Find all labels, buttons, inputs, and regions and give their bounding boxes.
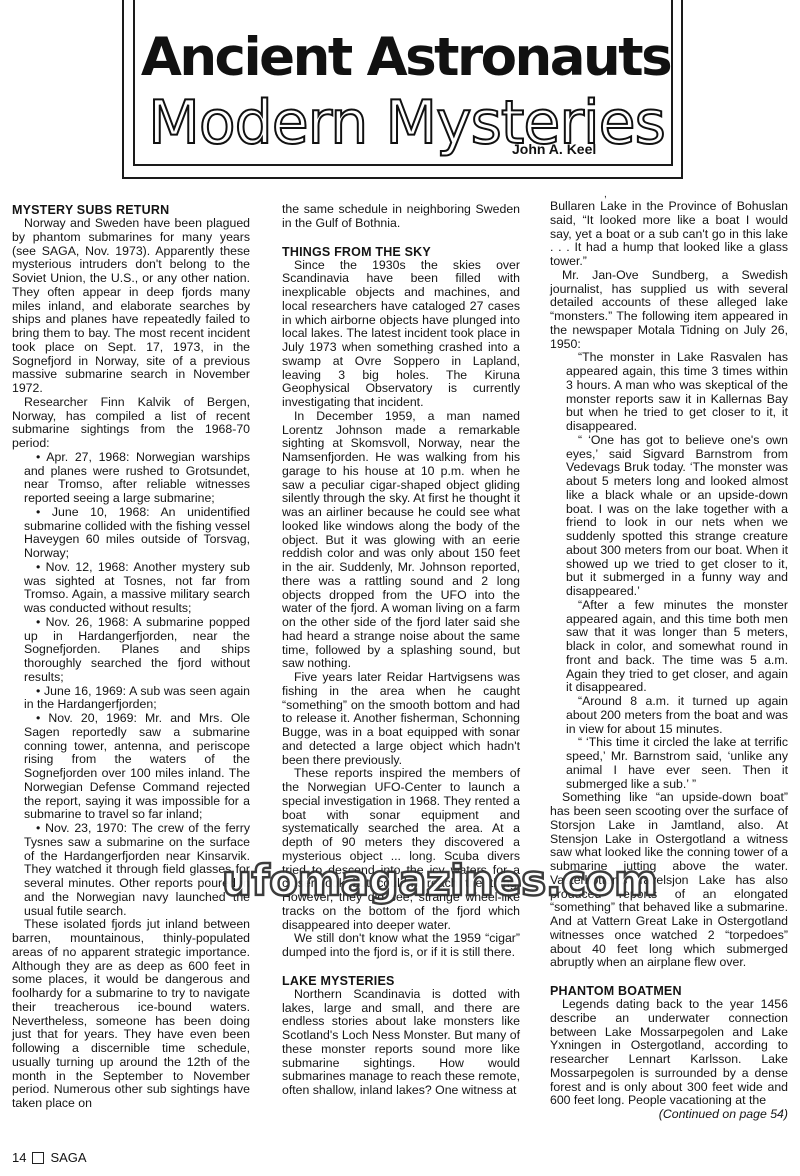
section-heading-mystery-subs: MYSTERY SUBS RETURN	[12, 203, 250, 217]
sighting-list-item: • Nov. 26, 1968: A submarine popped up i…	[12, 616, 250, 685]
paragraph: Researcher Finn Kalvik of Bergen, Norway…	[12, 396, 250, 451]
quoted-paragraph: “ ‘This time it circled the lake at terr…	[550, 736, 788, 791]
sighting-list-item: • Nov. 12, 1968: Another mystery sub was…	[12, 561, 250, 616]
article-title-line1: Ancient Astronauts	[138, 28, 673, 88]
watermark: ufomagazines.com	[222, 856, 657, 905]
paragraph: Norway and Sweden have been plagued by p…	[12, 217, 250, 396]
paragraph: Five years later Reidar Hartvigsens was …	[282, 671, 520, 767]
continued-notice: (Continued on page 54)	[550, 1108, 788, 1122]
column-1: MYSTERY SUBS RETURN Norway and Sweden ha…	[12, 203, 250, 1111]
quoted-paragraph: “After a few minutes the monster appeare…	[550, 599, 788, 695]
sighting-list-item: • June 10, 1968: An unidentified submari…	[12, 506, 250, 561]
paragraph: the same schedule in neighboring Sweden …	[282, 203, 520, 231]
sighting-list-item: • Apr. 27, 1968: Norwegian warships and …	[12, 451, 250, 506]
paragraph: We still don't know what the 1959 “cigar…	[282, 932, 520, 960]
paragraph: In December 1959, a man named Lorentz Jo…	[282, 410, 520, 671]
section-heading-lake-mysteries: LAKE MYSTERIES	[282, 974, 520, 988]
section-heading-phantom-boatmen: PHANTOM BOATMEN	[550, 984, 788, 998]
paragraph: Mr. Jan-Ove Sundberg, a Swedish journali…	[550, 269, 788, 352]
author-byline: John A. Keel	[512, 141, 596, 157]
magazine-name: SAGA	[50, 1150, 86, 1165]
paragraph: Legends dating back to the year 1456 des…	[550, 998, 788, 1108]
paragraph: These isolated fjords jut inland between…	[12, 918, 250, 1111]
column-2: the same schedule in neighboring Sweden …	[282, 203, 520, 1098]
paragraph: Since the 1930s the skies over Scandinav…	[282, 259, 520, 410]
paragraph: Bullaren Lake in the Province of Bohusla…	[550, 200, 788, 269]
section-heading-things-from-sky: THINGS FROM THE SKY	[282, 245, 520, 259]
page-footer: 14 SAGA	[12, 1150, 87, 1165]
sighting-list-item: • Nov. 20, 1969: Mr. and Mrs. Ole Sagen …	[12, 712, 250, 822]
quoted-paragraph: “The monster in Lake Rasvalen has appear…	[550, 351, 788, 434]
sighting-list-item: • June 16, 1969: A sub was seen again in…	[12, 685, 250, 713]
page-number: 14	[12, 1150, 26, 1165]
paragraph: These reports inspired the members of th…	[282, 767, 520, 932]
quoted-paragraph: “ ‘One has got to believe one's own eyes…	[550, 434, 788, 599]
square-bullet-icon	[32, 1152, 44, 1164]
quoted-paragraph: “Around 8 a.m. it turned up again about …	[550, 695, 788, 736]
paragraph: Northern Scandinavia is dotted with lake…	[282, 988, 520, 1098]
column-3: , Bullaren Lake in the Province of Bohus…	[550, 190, 788, 1122]
sighting-list-item: • Nov. 23, 1970: The crew of the ferry T…	[12, 822, 250, 918]
